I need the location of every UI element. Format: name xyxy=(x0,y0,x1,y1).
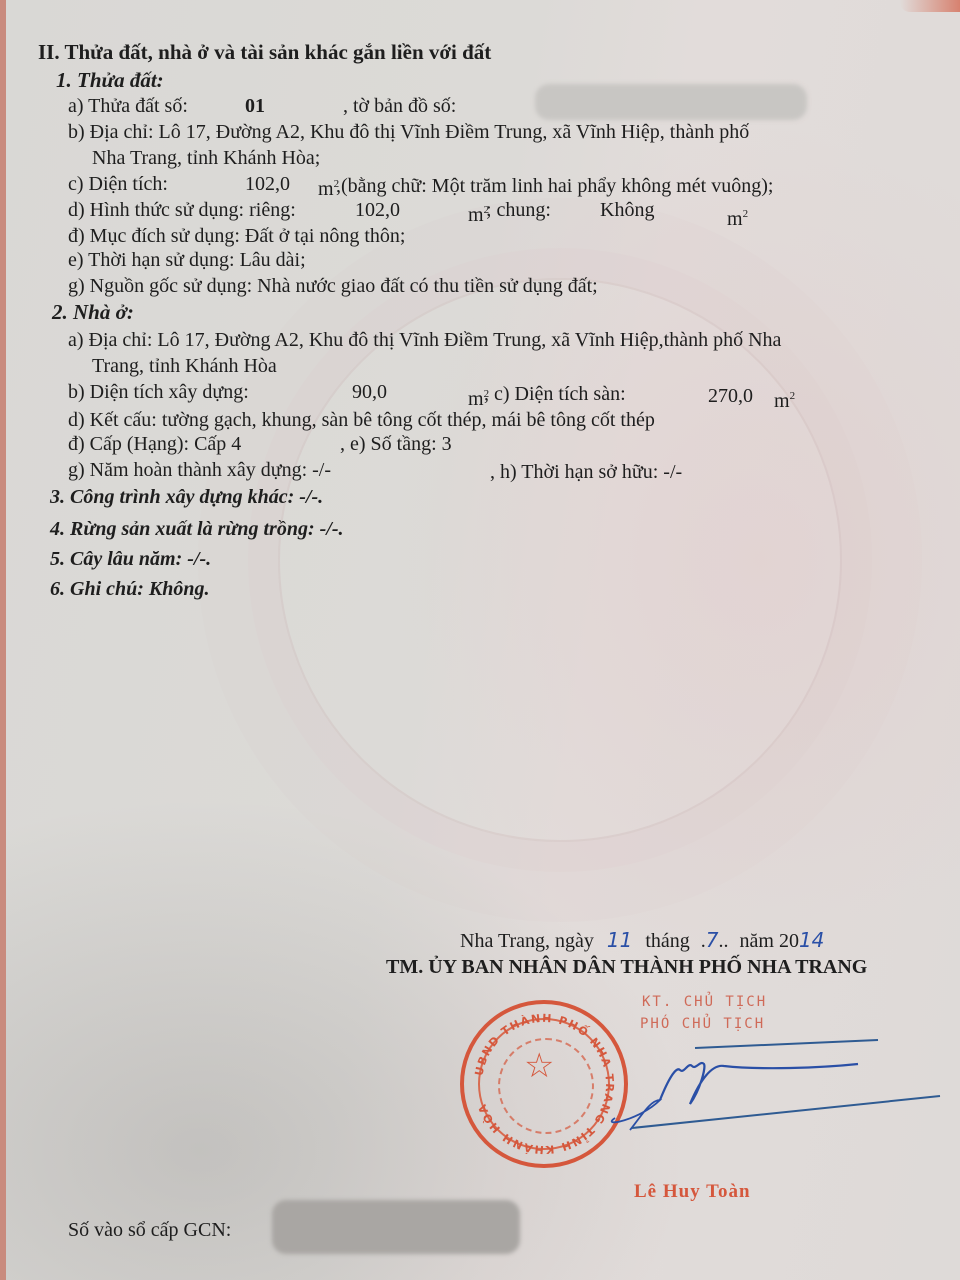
gcn-entry-label: Số vào sổ cấp GCN: xyxy=(68,1218,231,1242)
redacted-gcn-number xyxy=(272,1200,520,1254)
certificate-page: II. Thửa đất, nhà ở và tài sản khác gắn … xyxy=(0,0,960,1280)
handwritten-signature xyxy=(0,0,960,1280)
signer-name: Lê Huy Toàn xyxy=(634,1180,751,1204)
